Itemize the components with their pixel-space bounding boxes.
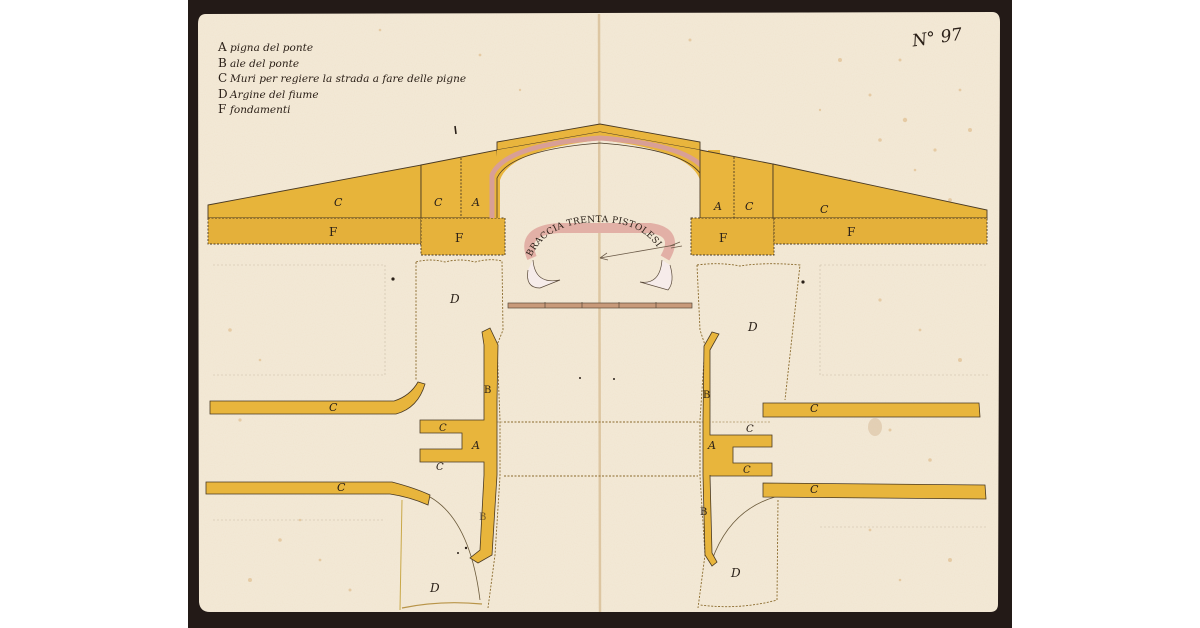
plan-label-b: B bbox=[700, 507, 707, 518]
plan-label-c: C bbox=[337, 481, 346, 494]
plan-label-a: A bbox=[707, 439, 716, 452]
plan-label-d: D bbox=[449, 292, 460, 306]
plan-label-b: B bbox=[484, 385, 491, 396]
plan-label-c: C bbox=[746, 424, 754, 435]
elevation-label-a: A bbox=[471, 196, 480, 209]
elevation-label-f: F bbox=[455, 231, 463, 245]
elevation-label-c: C bbox=[334, 196, 343, 209]
plan-label-c: C bbox=[810, 402, 819, 415]
elevation-label-c: C bbox=[820, 203, 829, 216]
elevation-label-f: F bbox=[329, 225, 337, 239]
legend-item-f: Ffondamenti bbox=[218, 102, 466, 118]
plan-label-c: C bbox=[439, 423, 447, 434]
elevation-label-a: A bbox=[713, 200, 722, 213]
plan-label-c: C bbox=[743, 465, 751, 476]
legend-item-a: Apigna del ponte bbox=[218, 40, 466, 56]
plan-label-d: D bbox=[747, 320, 758, 334]
plan-label-b: B bbox=[703, 390, 710, 401]
elevation-label-c: C bbox=[745, 200, 754, 213]
legend: Apigna del ponte Bale del ponte CMuri pe… bbox=[218, 40, 466, 118]
plan-label-d: D bbox=[429, 581, 440, 595]
plan-label-c: C bbox=[436, 462, 444, 473]
elevation-label-f: F bbox=[847, 225, 855, 239]
plan-label-a: A bbox=[471, 439, 480, 452]
legend-item-b: Bale del ponte bbox=[218, 56, 466, 72]
legend-item-c: CMuri per regiere la strada a fare delle… bbox=[218, 71, 466, 87]
plan-label-d: D bbox=[730, 566, 741, 580]
plan-label-b: B bbox=[479, 512, 486, 523]
elevation-label-f: F bbox=[719, 231, 727, 245]
legend-item-d: DArgine del fiume bbox=[218, 87, 466, 103]
plan-label-c: C bbox=[329, 401, 338, 414]
bridge-drawing: C C A F F A C C F F BRACCIA TRENTA PISTO… bbox=[0, 0, 1200, 628]
elevation-label-c: C bbox=[434, 196, 443, 209]
plan-label-c: C bbox=[810, 483, 819, 496]
